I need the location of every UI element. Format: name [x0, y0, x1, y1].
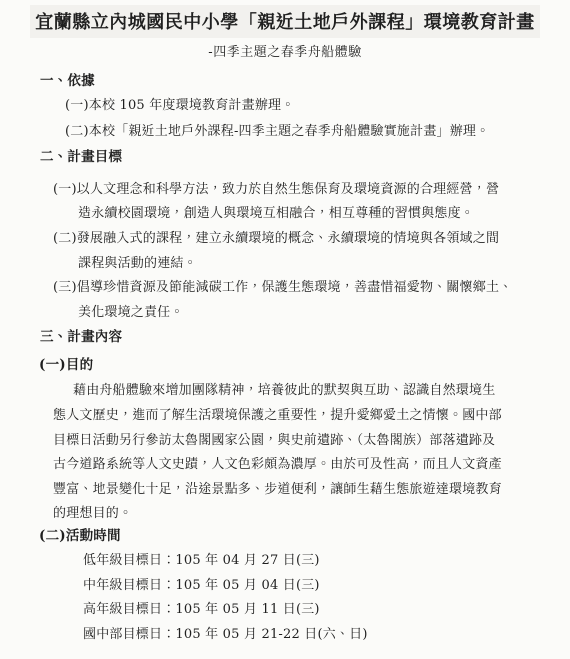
- list-item: (一)以人文理念和科學方法，致力於自然生態保育及環境資源的合理經營，營: [53, 182, 499, 198]
- list-item: (二)發展融入式的課程，建立永續環境的概念、永續環境的情境與各領域之間: [53, 231, 499, 247]
- list-item-continued: 造永續校園環境，創造人與環境互相融合，相互尊種的習慣與態度。: [78, 206, 474, 222]
- sub-heading-purpose: (一)目的: [39, 357, 93, 374]
- paragraph-line: 的理想目的。: [53, 506, 132, 522]
- section-heading-2: 二、計畫目標: [40, 149, 122, 166]
- list-item: (一)本校 105 年度環境教育計畫辦理。: [65, 98, 294, 114]
- paragraph-line: 豐富、地景變化十足，沿途景點多、步道便利，讓師生藉生態旅遊達環境教育: [53, 482, 502, 498]
- list-item-continued: 美化環境之責任。: [78, 305, 184, 321]
- sub-heading-schedule: (二)活動時間: [39, 528, 121, 545]
- section-heading-1: 一、依據: [40, 73, 95, 90]
- list-item-continued: 課程與活動的連結。: [78, 256, 197, 272]
- document-subtitle: -四季主題之春季舟船體驗: [0, 41, 570, 60]
- scanned-document-page: 宜蘭縣立內城國民中小學「親近土地戶外課程」環境教育計畫 -四季主題之春季舟船體驗…: [0, 0, 570, 659]
- schedule-line: 高年級目標日：105 年 05 月 11 日(三): [83, 602, 320, 618]
- document-title: 宜蘭縣立內城國民中小學「親近土地戶外課程」環境教育計畫: [30, 5, 540, 38]
- schedule-line: 中年級目標日：105 年 05 月 04 日(三): [83, 578, 320, 594]
- schedule-line: 國中部目標日：105 年 05 月 21-22 日(六、日): [83, 627, 368, 643]
- document-title-row: 宜蘭縣立內城國民中小學「親近土地戶外課程」環境教育計畫: [0, 5, 570, 38]
- section-heading-3: 三、計畫內容: [40, 329, 122, 346]
- paragraph-line: 目標日活動另行參訪太魯閣國家公園，與史前遺跡、（太魯閣族）部落遺跡及: [53, 433, 495, 449]
- list-item: (三)倡導珍惜資源及節能減碳工作，保護生態環境，善盡惜福愛物、關懷鄉土、: [53, 280, 512, 296]
- paragraph-line: 藉由舟船體驗來增加團隊精神，培養彼此的默契與互助、認識自然環境生: [73, 383, 495, 399]
- paragraph-line: 態人文歷史，進而了解生活環境保護之重要性，提升愛鄉愛土之情懷。國中部: [53, 408, 502, 424]
- schedule-line: 低年級目標日：105 年 04 月 27 日(三): [83, 553, 320, 569]
- list-item: (二)本校「親近土地戶外課程-四季主題之春季舟船體驗實施計畫」辦理。: [65, 124, 489, 140]
- paragraph-line: 古今道路系統等人文史蹟，人文色彩頗為濃厚。由於可及性高，而且人文資產: [53, 457, 502, 473]
